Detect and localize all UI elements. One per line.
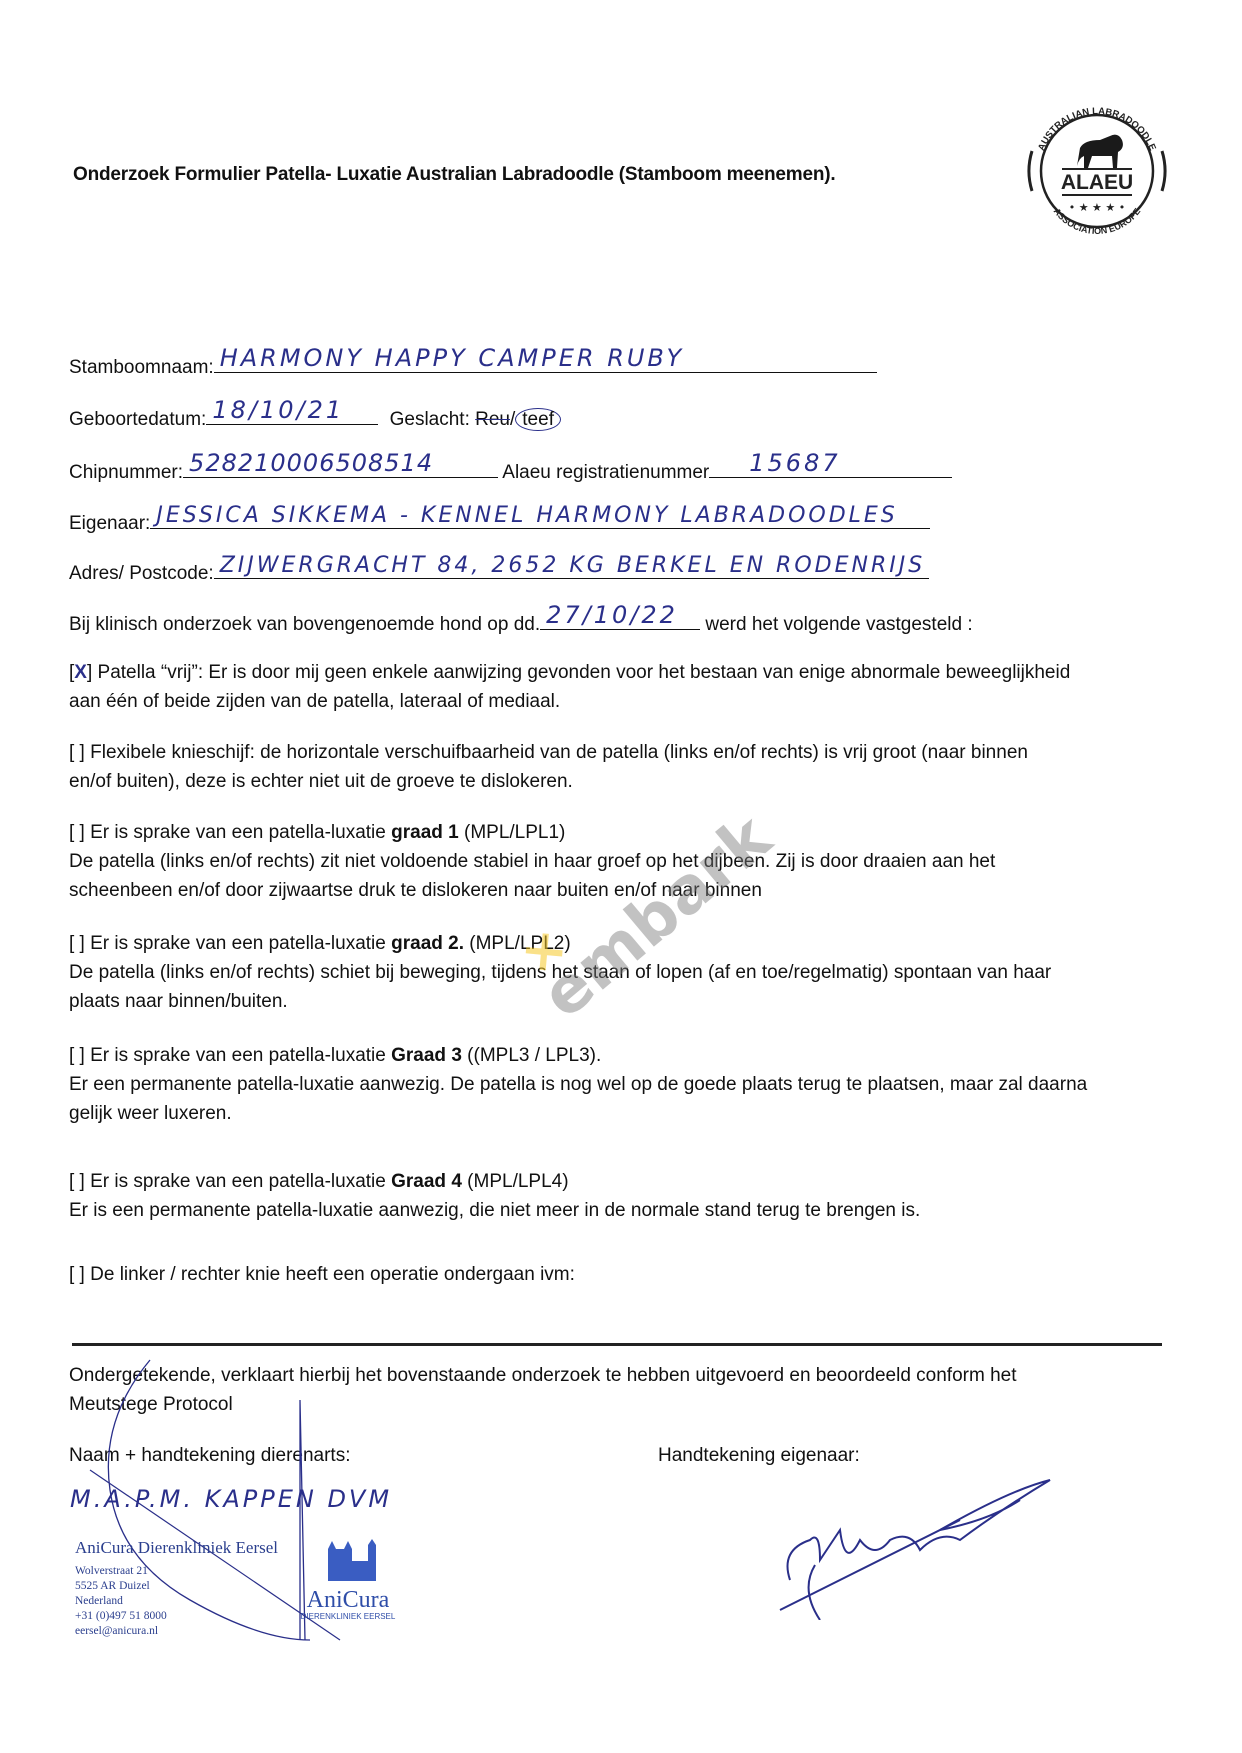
cat-dog-icon [318,1535,378,1583]
logo-center-text: ALAEU [1061,171,1133,194]
onderzoek-suffix: werd het volgende vastgesteld : [705,614,972,635]
adres-field[interactable]: ZIJWERGRACHT 84, 2652 KG BERKEL EN RODEN… [214,556,929,579]
geslacht-label: Geslacht: [390,409,470,430]
option-graad3: [ ] Er is sprake van een patella-luxatie… [69,1041,1179,1128]
chipnummer-value: 528210006508514 [189,449,433,477]
stamboomnaam-row: Stamboomnaam:HARMONY HAPPY CAMPER RUBY [69,350,877,379]
option-graad1-code: (MPL/LPL1) [459,822,566,843]
option-graad2-grade: graad 2. [391,933,464,954]
anicura-logo-name: AniCura [298,1588,398,1612]
alaeu-logo: AUSTRALIAN LABRADOODLE ASSOCIATION EUROP… [1022,96,1172,246]
clinic-address-street: Wolverstraat 21 [75,1564,278,1579]
geboortedatum-field[interactable]: 18/10/21 [206,402,378,425]
option-graad4-line1: Er is een permanente patella-luxatie aan… [69,1200,920,1221]
registratienummer-label: Alaeu registratienummer [502,462,709,483]
option-graad1-checkbox[interactable]: [ ] [69,822,85,843]
stamboomnaam-value: HARMONY HAPPY CAMPER RUBY [220,344,684,372]
option-graad3-code: ((MPL3 / LPL3). [462,1045,601,1066]
option-graad3-line1: Er een permanente patella-luxatie aanwez… [69,1074,1087,1095]
option-graad1-head: Er is sprake van een patella-luxatie [90,822,391,843]
stamboomnaam-field[interactable]: HARMONY HAPPY CAMPER RUBY [214,350,877,373]
option-graad4-code: (MPL/LPL4) [462,1171,569,1192]
option-graad3-grade: Graad 3 [391,1045,462,1066]
option-vrij: [X] Patella “vrij”: Er is door mij geen … [69,658,1179,716]
chipnummer-row: Chipnummer:528210006508514 Alaeu registr… [69,455,952,484]
anicura-logo: AniCura DIERENKLINIEK EERSEL [298,1535,398,1621]
clinic-stamp: AniCura Dierenkliniek Eersel Wolverstraa… [75,1538,278,1639]
option-operatie-checkbox[interactable]: [ ] [69,1264,85,1285]
option-graad1-line1: De patella (links en/of rechts) zit niet… [69,851,995,872]
owner-signature [760,1470,1060,1620]
onderzoek-row: Bij klinisch onderzoek van bovengenoemde… [69,607,973,636]
clinic-phone: +31 (0)497 51 8000 [75,1609,278,1624]
chipnummer-label: Chipnummer: [69,462,183,483]
eigenaar-value: JESSICA SIKKEMA - KENNEL HARMONY LABRADO… [156,503,897,528]
onderzoek-date-value: 27/10/22 [546,601,678,629]
option-graad3-checkbox[interactable]: [ ] [69,1045,85,1066]
option-graad2-checkbox[interactable]: [ ] [69,933,85,954]
dog-icon [1077,135,1123,168]
clinic-address-country: Nederland [75,1594,278,1609]
registratienummer-value: 15687 [749,449,840,477]
adres-row: Adres/ Postcode:ZIJWERGRACHT 84, 2652 KG… [69,556,929,585]
option-graad1-grade: graad 1 [391,822,459,843]
option-flexibel: [ ] Flexibele knieschijf: de horizontale… [69,738,1179,796]
owner-signature-label: Handtekening eigenaar: [658,1445,860,1467]
geboortedatum-row: Geboortedatum:18/10/21 Geslacht: Reu/tee… [69,402,561,431]
option-graad3-head: Er is sprake van een patella-luxatie [90,1045,391,1066]
option-graad2-head: Er is sprake van een patella-luxatie [90,933,391,954]
form-title: Onderzoek Formulier Patella- Luxatie Aus… [73,164,835,186]
eigenaar-field[interactable]: JESSICA SIKKEMA - KENNEL HARMONY LABRADO… [150,506,930,529]
registratienummer-field[interactable]: 15687 [709,455,952,478]
geboortedatum-value: 18/10/21 [212,396,344,424]
eigenaar-row: Eigenaar:JESSICA SIKKEMA - KENNEL HARMON… [69,506,930,535]
geslacht-option-teef[interactable]: teef [515,408,561,431]
option-graad4-checkbox[interactable]: [ ] [69,1171,85,1192]
chipnummer-field[interactable]: 528210006508514 [183,455,498,478]
option-operatie: [ ] De linker / rechter knie heeft een o… [69,1260,1179,1289]
option-graad4: [ ] Er is sprake van een patella-luxatie… [69,1167,1179,1225]
stamboomnaam-label: Stamboomnaam: [69,357,214,378]
option-vrij-checkbox[interactable]: [X] [69,662,92,683]
clinic-email: eersel@anicura.nl [75,1624,278,1639]
onderzoek-date-field[interactable]: 27/10/22 [540,607,700,630]
option-flexibel-line2: en/of buiten), deze is echter niet uit d… [69,771,573,792]
option-graad4-head: Er is sprake van een patella-luxatie [90,1171,391,1192]
option-graad4-grade: Graad 4 [391,1171,462,1192]
geslacht-option-reu[interactable]: Reu [475,409,510,430]
option-flexibel-checkbox[interactable]: [ ] [69,742,85,763]
geboortedatum-label: Geboortedatum: [69,409,206,430]
option-flexibel-line1: Flexibele knieschijf: de horizontale ver… [90,742,1028,763]
option-graad2-line2: plaats naar binnen/buiten. [69,991,288,1012]
option-vrij-line2: aan één of beide zijden van de patella, … [69,691,560,712]
clinic-name: AniCura Dierenkliniek Eersel [75,1538,278,1558]
onderzoek-prefix: Bij klinisch onderzoek van bovengenoemde… [69,614,540,635]
anicura-logo-sub: DIERENKLINIEK EERSEL [298,1612,398,1621]
logo-stars: • ★ ★ ★ • [1069,201,1126,214]
eigenaar-label: Eigenaar: [69,513,150,534]
option-operatie-line1: De linker / rechter knie heeft een opera… [90,1264,575,1285]
option-graad1: [ ] Er is sprake van een patella-luxatie… [69,818,1179,905]
clinic-address-postcode: 5525 AR Duizel [75,1579,278,1594]
option-vrij-line1: Patella “vrij”: Er is door mij geen enke… [98,662,1071,683]
option-graad3-line2: gelijk weer luxeren. [69,1103,232,1124]
adres-value: ZIJWERGRACHT 84, 2652 KG BERKEL EN RODEN… [220,553,925,578]
adres-label: Adres/ Postcode: [69,563,214,584]
